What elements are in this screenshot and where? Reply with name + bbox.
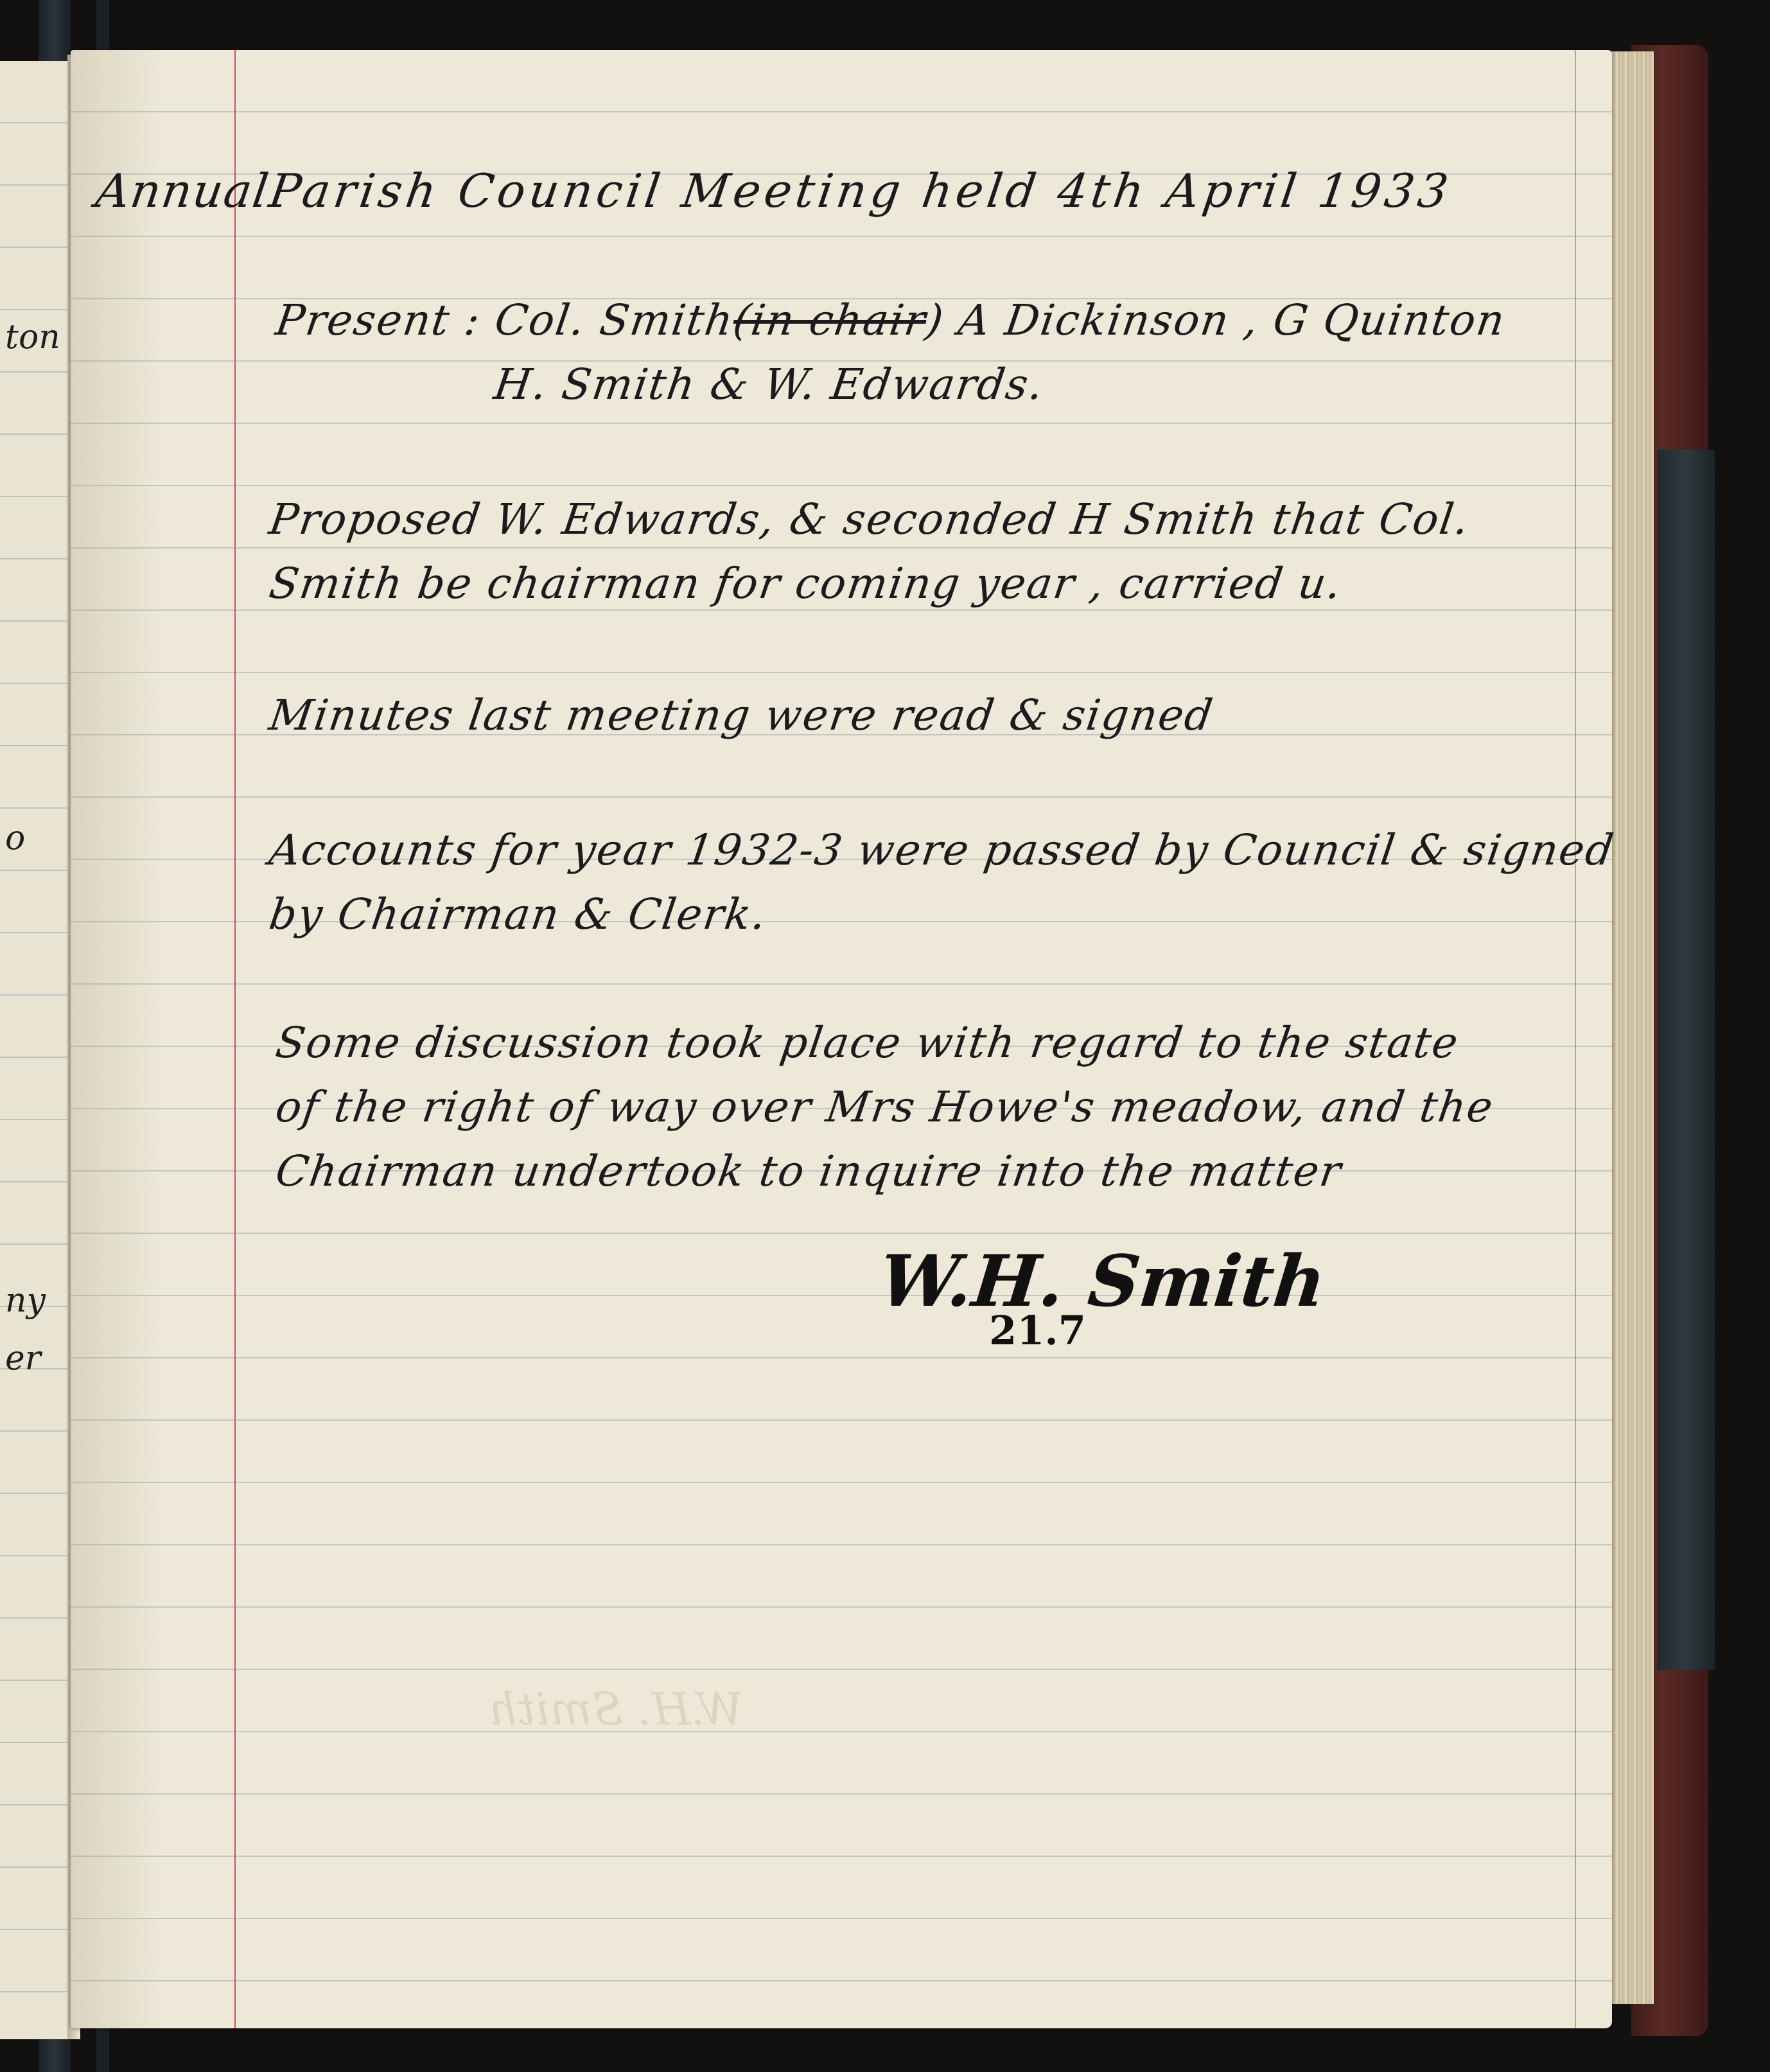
- red-margin-line-right: [1575, 50, 1576, 2028]
- present-line-2: H. Smith & W. Edwards.: [491, 360, 1047, 409]
- discussion-line-1: Some discussion took place with regard t…: [273, 1018, 1462, 1067]
- accounts-line-1: Accounts for year 1932-3 were passed by …: [267, 825, 1618, 875]
- left-page: ton o ny er: [0, 61, 69, 2039]
- left-page-fragment: ton: [5, 318, 60, 356]
- right-cover-cloth-spine: [1657, 450, 1715, 1670]
- accounts-line-2: by Chairman & Clerk.: [267, 890, 771, 939]
- present-line-1: Present : Col. Smith(in chair) A Dickins…: [273, 295, 1509, 345]
- present-chairman: Col. Smith: [492, 295, 737, 345]
- chairman-signature: W.H. Smith: [875, 1240, 1329, 1322]
- struck-text: (in chair: [730, 295, 930, 345]
- left-page-fragment: o: [5, 819, 25, 857]
- proposal-line-1: Proposed W. Edwards, & seconded H Smith …: [267, 495, 1473, 544]
- show-through-signature: W.H. Smith: [488, 1683, 743, 1735]
- signature-date: 21.7: [989, 1307, 1086, 1354]
- red-margin-line: [234, 50, 236, 2028]
- left-page-fragment: er: [5, 1339, 41, 1378]
- proposal-line-2: Smith be chairman for coming year , carr…: [267, 559, 1345, 608]
- minutes-line: Minutes last meeting were read & signed: [267, 690, 1217, 740]
- present-label: Present :: [273, 295, 484, 345]
- scanned-book-spread: ton o ny er Annual Parish Council Meetin…: [0, 0, 1770, 2072]
- discussion-line-2: of the right of way over Mrs Howe's mead…: [273, 1082, 1497, 1132]
- discussion-line-3: Chairman undertook to inquire into the m…: [273, 1146, 1345, 1196]
- margin-label: Annual: [92, 164, 273, 218]
- page-title: Parish Council Meeting held 4th April 19…: [266, 164, 1455, 218]
- present-others: ) A Dickinson , G Quinton: [923, 295, 1509, 345]
- left-page-fragment: ny: [5, 1281, 46, 1320]
